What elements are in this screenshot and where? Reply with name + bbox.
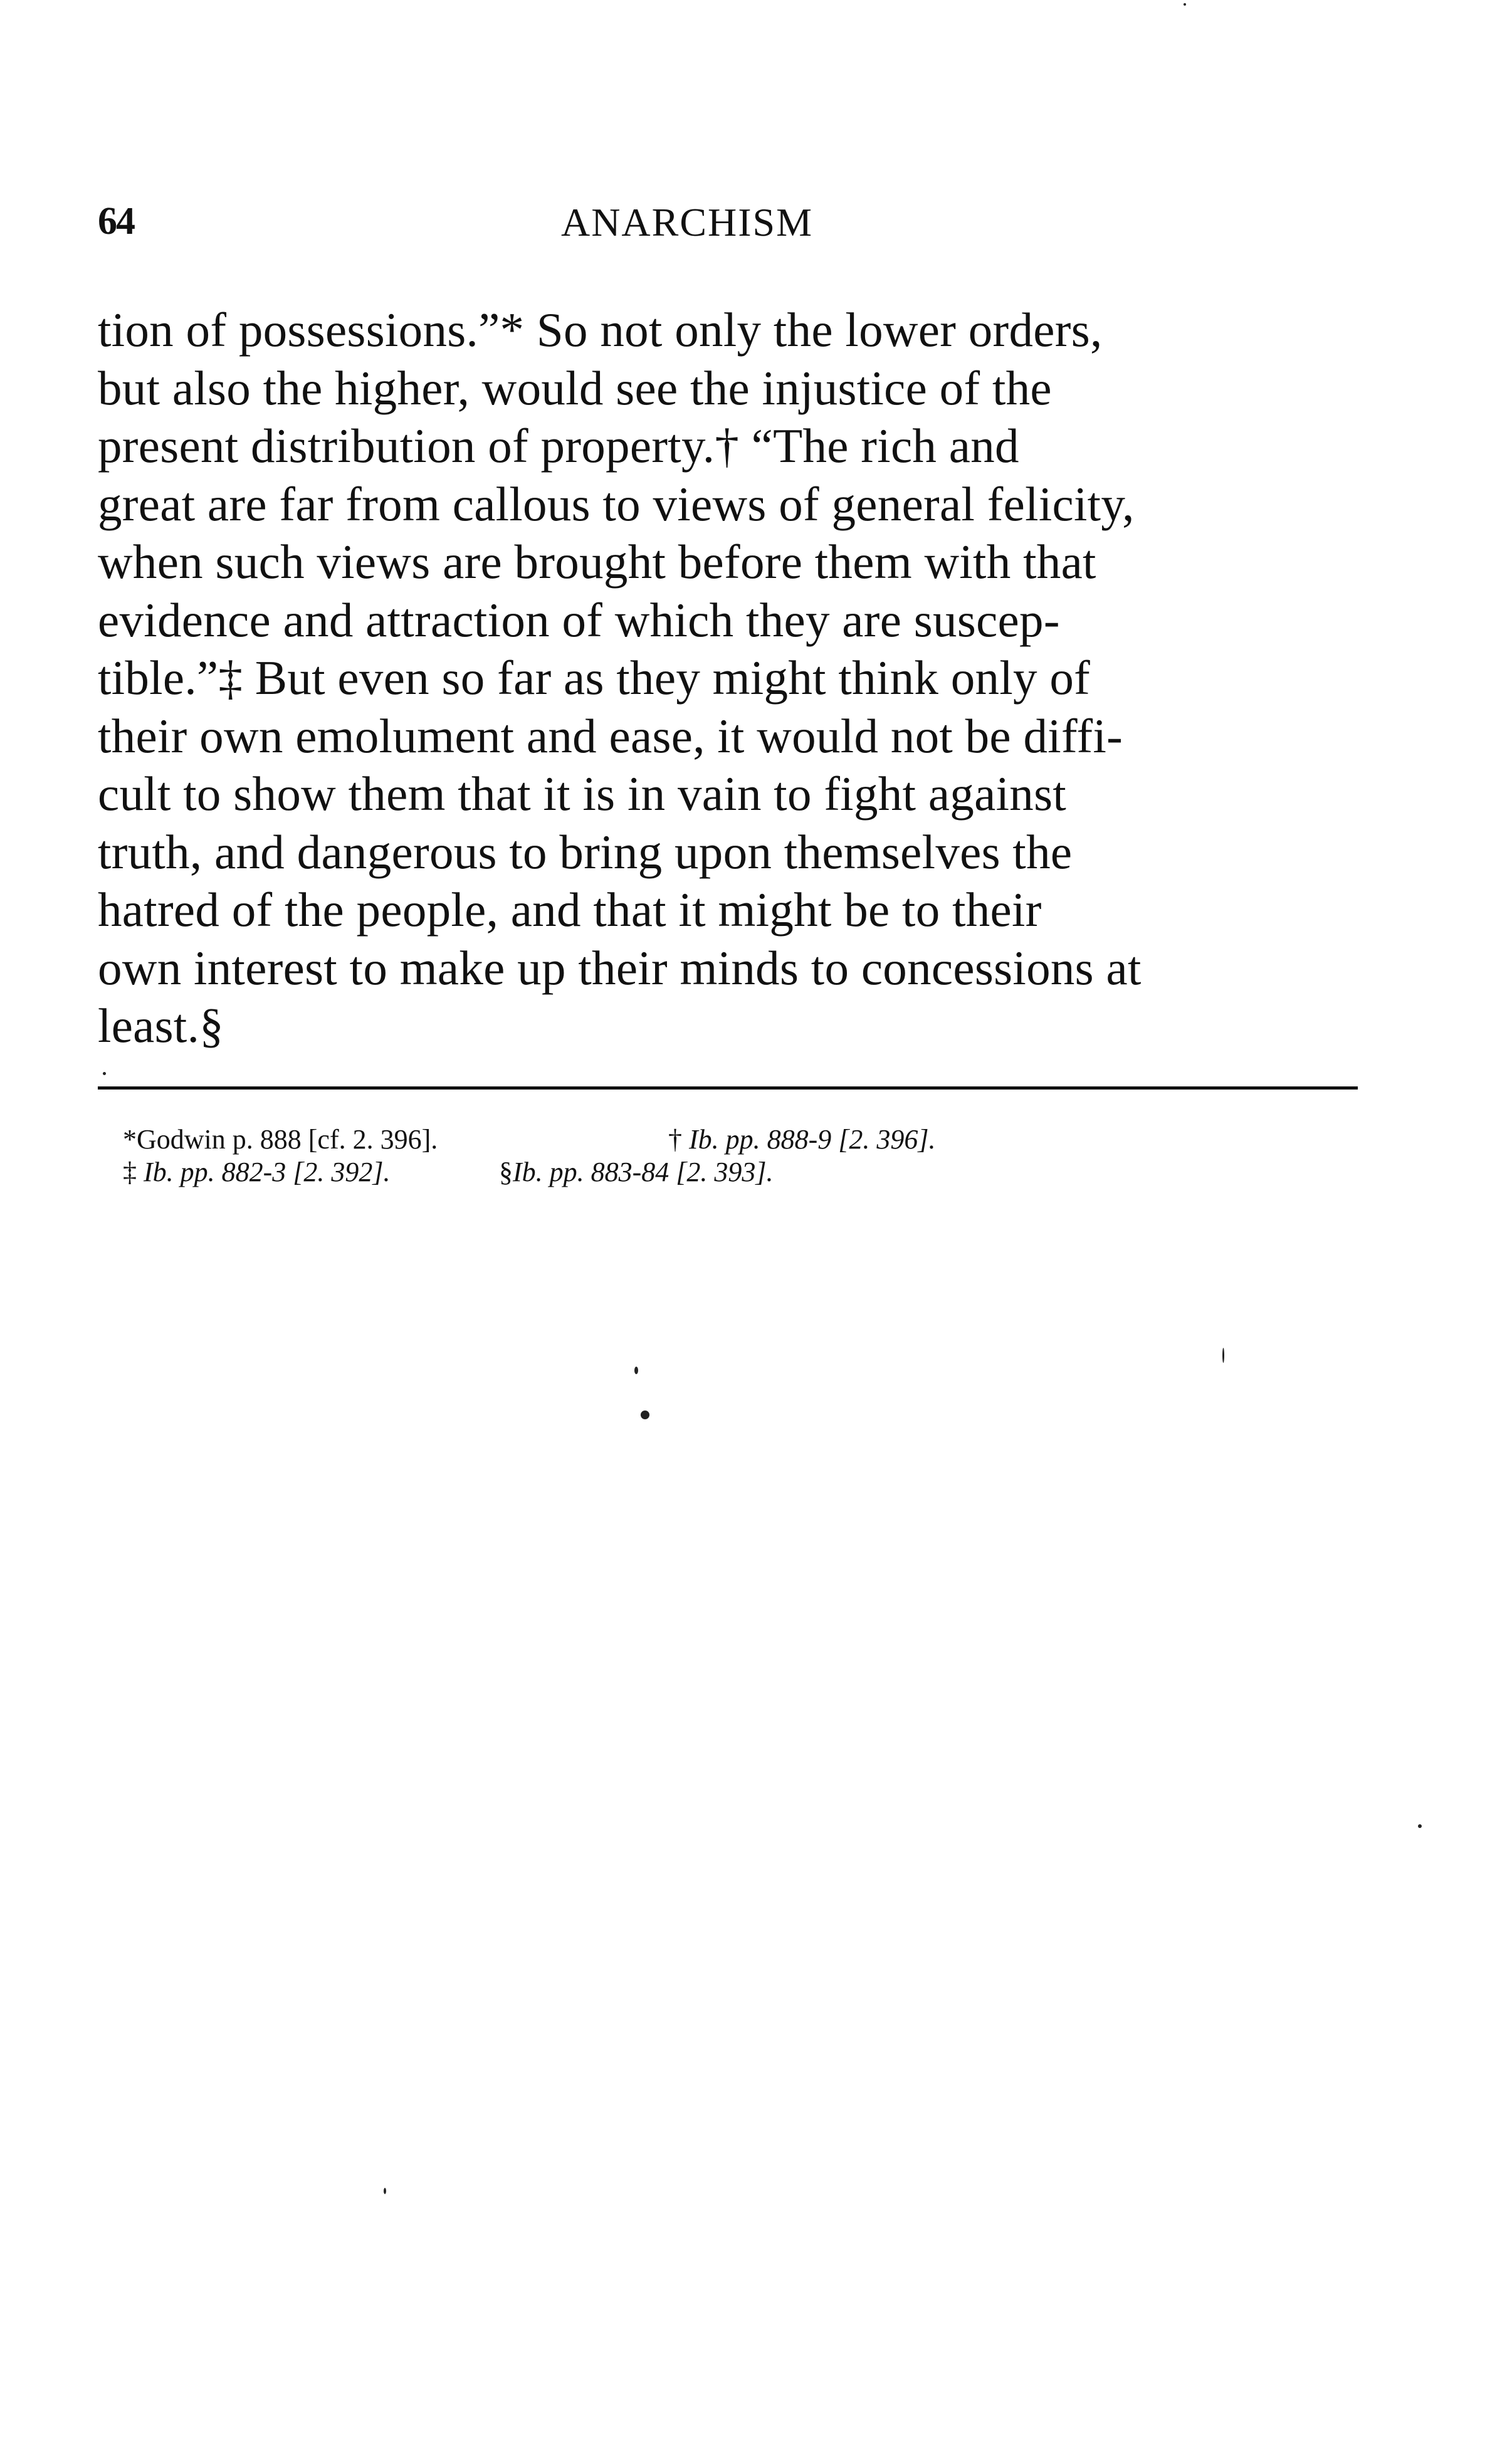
scan-speck	[641, 1411, 649, 1419]
footnotes: *Godwin p. 888 [cf. 2. 396].† Ib. pp. 88…	[123, 1123, 1251, 1189]
scan-speck	[1184, 3, 1186, 6]
text-line: cult to show them that it is in vain to …	[98, 765, 1370, 823]
footnote-row: ‡ Ib. pp. 882-3 [2. 392].§Ib. pp. 883-84…	[123, 1156, 1251, 1189]
footnote-text: Ib. pp. 882-3 [2. 392].	[144, 1157, 391, 1187]
text-line: truth, and dangerous to bring upon thems…	[98, 823, 1370, 881]
scan-speck	[384, 2188, 386, 2194]
scan-speck	[1222, 1348, 1224, 1363]
text-line: their own emolument and ease, it would n…	[98, 707, 1370, 765]
text-line: own interest to make up their minds to c…	[98, 939, 1370, 997]
footnote: † Ib. pp. 888-9 [2. 396].	[668, 1123, 936, 1156]
book-page: 64 ANARCHISM tion of possessions.”* So n…	[0, 0, 1512, 2443]
running-title: ANARCHISM	[98, 199, 1276, 246]
text-line: when such views are brought before them …	[98, 533, 1370, 591]
text-line: tion of possessions.”* So not only the l…	[98, 301, 1370, 359]
footnote: ‡ Ib. pp. 882-3 [2. 392].	[123, 1156, 499, 1189]
scan-speck	[1418, 1824, 1422, 1828]
running-head: 64 ANARCHISM	[98, 199, 1358, 250]
footnote-text: Godwin p. 888 [cf. 2. 396].	[137, 1124, 438, 1155]
text-line: tible.”‡ But even so far as they might t…	[98, 649, 1370, 707]
footnote-mark: §	[499, 1157, 513, 1187]
scan-speck	[634, 1367, 638, 1374]
text-line: present distribution of property.† “The …	[98, 417, 1370, 475]
text-line: but also the higher, would see the injus…	[98, 359, 1370, 418]
footnote-text: Ib. pp. 883-84 [2. 393].	[513, 1157, 774, 1187]
footnote: §Ib. pp. 883-84 [2. 393].	[499, 1156, 774, 1189]
footnote-text: Ib. pp. 888-9 [2. 396].	[689, 1124, 936, 1155]
footnote: *Godwin p. 888 [cf. 2. 396].	[123, 1123, 668, 1156]
footnote-mark: ‡	[123, 1157, 137, 1187]
text-line: great are far from callous to views of g…	[98, 475, 1370, 533]
text-line: hatred of the people, and that it might …	[98, 881, 1370, 939]
body-paragraph: tion of possessions.”* So not only the l…	[98, 301, 1370, 1055]
text-line: evidence and attraction of which they ar…	[98, 591, 1370, 649]
footnote-mark: †	[668, 1124, 682, 1155]
text-line: least.§	[98, 997, 1370, 1055]
footnote-mark: *	[123, 1124, 137, 1155]
footnote-row: *Godwin p. 888 [cf. 2. 396].† Ib. pp. 88…	[123, 1123, 1251, 1156]
scan-speck	[103, 1072, 106, 1075]
footnote-rule	[98, 1086, 1358, 1090]
